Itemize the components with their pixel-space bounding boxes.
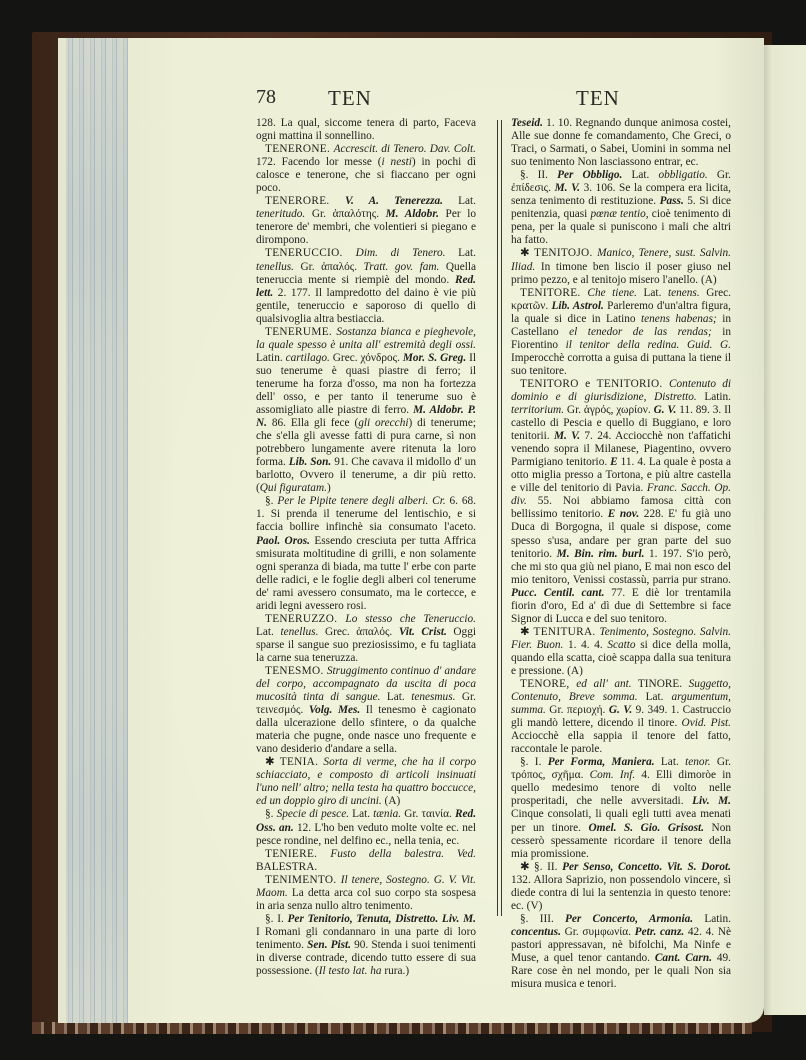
entry-text: 172. Facendo lor messe ( xyxy=(256,156,382,168)
entry-text: Mor. S. Greg. xyxy=(403,352,466,364)
entry-text: Petr. canz. xyxy=(635,926,685,938)
running-head-right: TEN xyxy=(576,86,620,111)
entry-text: La detta arca col suo corpo sta sospesa … xyxy=(256,887,476,912)
dictionary-entry: §. I. Per Tenitorio, Tenuta, Distretto. … xyxy=(256,913,476,978)
entry-text: Lo stesso che Teneruccio. xyxy=(345,613,476,625)
dictionary-entry: TENIERE. Fusto della balestra. Ved. BALE… xyxy=(256,848,476,874)
entry-text: 132. Allora Saprizio, non possendolo vin… xyxy=(511,874,731,912)
dictionary-entry: Teseid. 1. 10. Regnando dunque animosa c… xyxy=(511,117,731,169)
column-divider-rule xyxy=(497,120,502,916)
headword: TENITORE. xyxy=(520,287,587,299)
entry-text: Cant. Carn. xyxy=(655,952,712,964)
entry-text: concentus. xyxy=(511,926,561,938)
entry-text: 86. Ella gli fece ( xyxy=(267,417,358,429)
entry-text: Grec. χόνδρος. xyxy=(330,352,403,364)
dictionary-entry: §. II. Per Obbligo. Lat. obbligatio. Gr.… xyxy=(511,169,731,247)
entry-text: Liv. M. xyxy=(692,795,731,807)
entry-text: obbligatio. xyxy=(658,169,707,181)
entry-text: Che tiene. xyxy=(587,287,637,299)
entry-text: Volg. Mes. xyxy=(309,704,360,716)
entry-text: Lat. xyxy=(256,626,280,638)
headword: ✱ TENIA. xyxy=(265,756,323,768)
entry-text: cartilago. xyxy=(286,352,330,364)
entry-text: Lat. xyxy=(655,756,686,768)
entry-text: Vit. Crist. xyxy=(399,626,447,638)
entry-text: Scatto xyxy=(607,639,635,651)
entry-text: Per Forma, Maniera. xyxy=(548,756,655,768)
entry-text: Sen. Pist. xyxy=(307,939,351,951)
entry-text: Lat. xyxy=(445,247,476,259)
entry-text: Lat. xyxy=(622,169,658,181)
entry-text: Gr. ἁπαλός. xyxy=(294,261,364,273)
entry-text: E xyxy=(610,456,618,468)
entry-text: tænia. xyxy=(373,808,401,820)
entry-text: ) xyxy=(327,482,331,494)
page-number: 78 xyxy=(256,86,276,109)
headword: TENERUZZO. xyxy=(265,613,345,625)
entry-text: §. I. xyxy=(520,756,548,768)
entry-text: tenens habenas; xyxy=(641,313,717,325)
entry-text: 1. 10. Regnando dunque animosa costei, A… xyxy=(511,117,731,168)
dictionary-entry: §. Per le Pipite tenere degli alberi. Cr… xyxy=(256,495,476,612)
entry-text: rura.) xyxy=(382,965,410,977)
entry-text: G. V. xyxy=(654,404,677,416)
dictionary-entry: TENIMENTO. Il tenere, Sostegno. G. V. Vi… xyxy=(256,874,476,913)
entry-text: tenesmus. xyxy=(411,691,455,703)
dictionary-entry: ✱ TENIA. Sorta di verme, che ha il corpo… xyxy=(256,756,476,808)
entry-text: §. xyxy=(265,808,277,820)
dictionary-entry: TENERUME. Sostanza bianca e pieghevole, … xyxy=(256,326,476,496)
entry-text: pœnæ tentio, xyxy=(590,208,648,220)
entry-text: Lat. xyxy=(380,691,411,703)
page-stack-edges xyxy=(58,38,136,1023)
dictionary-entry: §. III. Per Concerto, Armonia. Latin. co… xyxy=(511,913,731,991)
entry-text: Lat. xyxy=(637,287,668,299)
right-column: Teseid. 1. 10. Regnando dunque animosa c… xyxy=(511,117,731,991)
entry-text: el tenedor de las rendas; xyxy=(569,326,712,338)
entry-text: Com. Inf. xyxy=(590,769,636,781)
headword: TENERUCCIO. xyxy=(265,247,356,259)
dictionary-entry: TENITORO e TENITORIO. Contenuto di domin… xyxy=(511,378,731,626)
entry-text: gli orecchi xyxy=(358,417,408,429)
entry-text: G. V. xyxy=(609,704,632,716)
entry-text: Accrescit. di Tenero. Dav. Colt. xyxy=(334,143,476,155)
entry-text: Pass. xyxy=(660,195,684,207)
headword: TENERUME. xyxy=(265,326,336,338)
entry-text: tenellus. xyxy=(256,261,294,273)
headword: TENERORE. xyxy=(265,195,345,207)
entry-text: Per le Pipite tenere degli alberi. Cr. xyxy=(277,495,445,507)
entry-text: Fusto della balestra. Ved. xyxy=(330,848,476,860)
entry-text: Per Concerto, Armonia. xyxy=(565,913,693,925)
entry-text: V. A. Tenerezza. xyxy=(345,195,443,207)
entry-text: Dim. di Tenero. xyxy=(356,247,446,259)
entry-text: Gr. ἀγρός, χωρίον. xyxy=(564,404,654,416)
headword: TENITORO e TENITORIO. xyxy=(520,378,669,390)
entry-text: §. II. xyxy=(520,169,557,181)
dictionary-entry: ✱ TENITOJO. Manico, Tenere, sust. Salvin… xyxy=(511,247,731,286)
headword: TENORE, xyxy=(520,678,576,690)
entry-text: Specie di pesce. xyxy=(277,808,349,820)
headword: ✱ TENITURA. xyxy=(520,626,600,638)
entry-text: Teseid. xyxy=(511,117,543,129)
dictionary-entry: TENERONE. Accrescit. di Tenero. Dav. Col… xyxy=(256,143,476,195)
dictionary-entry: TENERUZZO. Lo stesso che Teneruccio. Lat… xyxy=(256,613,476,665)
headword: ✱ TENITOJO. xyxy=(520,247,597,259)
dictionary-entry: ✱ §. II. Per Senso, Concetto. Vit. S. Do… xyxy=(511,861,731,913)
dictionary-entry: TENITORE. Che tiene. Lat. tenens. Grec. … xyxy=(511,287,731,378)
entry-text: Tratt. gov. fam. xyxy=(364,261,440,273)
entry-text: teneritudo. xyxy=(256,208,305,220)
entry-text: 1. 4. 4. xyxy=(563,639,607,651)
entry-text: Ovid. Pist. xyxy=(682,717,731,729)
entry-text: M. Aldobr. xyxy=(386,208,439,220)
dictionary-entry: §. I. Per Forma, Maniera. Lat. tenor. Gr… xyxy=(511,756,731,860)
entry-text: (A) xyxy=(382,795,401,807)
facing-page-edge xyxy=(764,45,806,1015)
running-head-left: TEN xyxy=(328,86,372,111)
dictionary-entry: ✱ TENITURA. Tenimento, Sostegno. Salvin.… xyxy=(511,626,731,678)
dictionary-entry: 128. La qual, siccome tenera di parto, F… xyxy=(256,117,476,143)
entry-text: M. V. xyxy=(555,182,580,194)
entry-text: E nov. xyxy=(608,508,639,520)
entry-text: ed all' ant. xyxy=(576,678,631,690)
dictionary-entry: TENORE, ed all' ant. TINORE. Suggetto, C… xyxy=(511,678,731,756)
entry-text: Latin. xyxy=(256,352,286,364)
headword: TENIERE. xyxy=(265,848,330,860)
entry-text: §. III. xyxy=(520,913,565,925)
entry-text: tenens. xyxy=(668,287,700,299)
entry-text: ✱ §. II. xyxy=(520,861,562,873)
left-column: 128. La qual, siccome tenera di parto, F… xyxy=(256,117,476,978)
entry-text: Lib. Son. xyxy=(289,456,332,468)
entry-text: 2. 177. Il lampredotto del daino è vie p… xyxy=(256,287,476,325)
entry-text: Gr. ταινία. xyxy=(401,808,455,820)
entry-text: Il testo lat. ha xyxy=(319,965,382,977)
dictionary-entry: TENERUCCIO. Dim. di Tenero. Lat. tenellu… xyxy=(256,247,476,325)
entry-text: Latin. xyxy=(693,913,731,925)
book-edge-bottom xyxy=(32,1022,752,1034)
entry-text: Qui figuratam. xyxy=(260,482,327,494)
entry-text: Paol. Oros. xyxy=(256,535,310,547)
entry-text: Per Senso, Concetto. Vit. S. Dorot. xyxy=(562,861,731,873)
entry-text: Pucc. Centil. cant. xyxy=(511,587,604,599)
entry-text: Per Obbligo. xyxy=(557,169,622,181)
headword: TENESMO. xyxy=(265,665,327,677)
entry-text: TINORE. xyxy=(632,678,689,690)
entry-text: Gr. περιοχή. xyxy=(546,704,609,716)
entry-text: tenellus. xyxy=(280,626,318,638)
dictionary-entry: TENERORE. V. A. Tenerezza. Lat. teneritu… xyxy=(256,195,476,247)
entry-text: tenor. xyxy=(685,756,710,768)
entry-text: territorium. xyxy=(511,404,564,416)
headword: TENERONE. xyxy=(265,143,334,155)
entry-text: Imperocchè corrotta a guisa di puttana l… xyxy=(511,352,731,377)
entry-text: il tenitor della redina. Guid. G. xyxy=(566,339,731,351)
entry-text: M. V. xyxy=(554,430,580,442)
entry-text: Lat. xyxy=(638,691,672,703)
entry-text: Latin. xyxy=(697,391,731,403)
entry-text: M. Bin. rim. burl. xyxy=(557,548,645,560)
entry-text: Gr. ἁπαλότης. xyxy=(305,208,385,220)
entry-text: Lat. xyxy=(443,195,476,207)
dictionary-entry: TENESMO. Struggimento continuo d' andare… xyxy=(256,665,476,756)
dictionary-entry: §. Specie di pesce. Lat. tænia. Gr. ταιν… xyxy=(256,808,476,847)
entry-text: Grec. ἁπαλός. xyxy=(318,626,398,638)
entry-text: Lat. xyxy=(349,808,373,820)
entry-text: i nesti xyxy=(382,156,412,168)
entry-text: §. xyxy=(265,495,277,507)
entry-text: §. I. xyxy=(265,913,288,925)
entry-text: Acciocchè ella sappia il tenore del fatt… xyxy=(511,730,731,755)
entry-text: Per Tenitorio, Tenuta, Distretto. Liv. M… xyxy=(288,913,476,925)
entry-text: Lib. Astrol. xyxy=(551,300,603,312)
entry-text: Gr. συμφωνία. xyxy=(561,926,635,938)
headword: TENIMENTO. xyxy=(265,874,341,886)
entry-text: Omel. S. Gio. Grisost. xyxy=(589,822,705,834)
entry-text: 128. La qual, siccome tenera di parto, F… xyxy=(256,117,476,142)
entry-text: BALESTRA. xyxy=(256,861,317,873)
entry-text: In timone ben liscio il poser giuso nel … xyxy=(511,261,731,286)
